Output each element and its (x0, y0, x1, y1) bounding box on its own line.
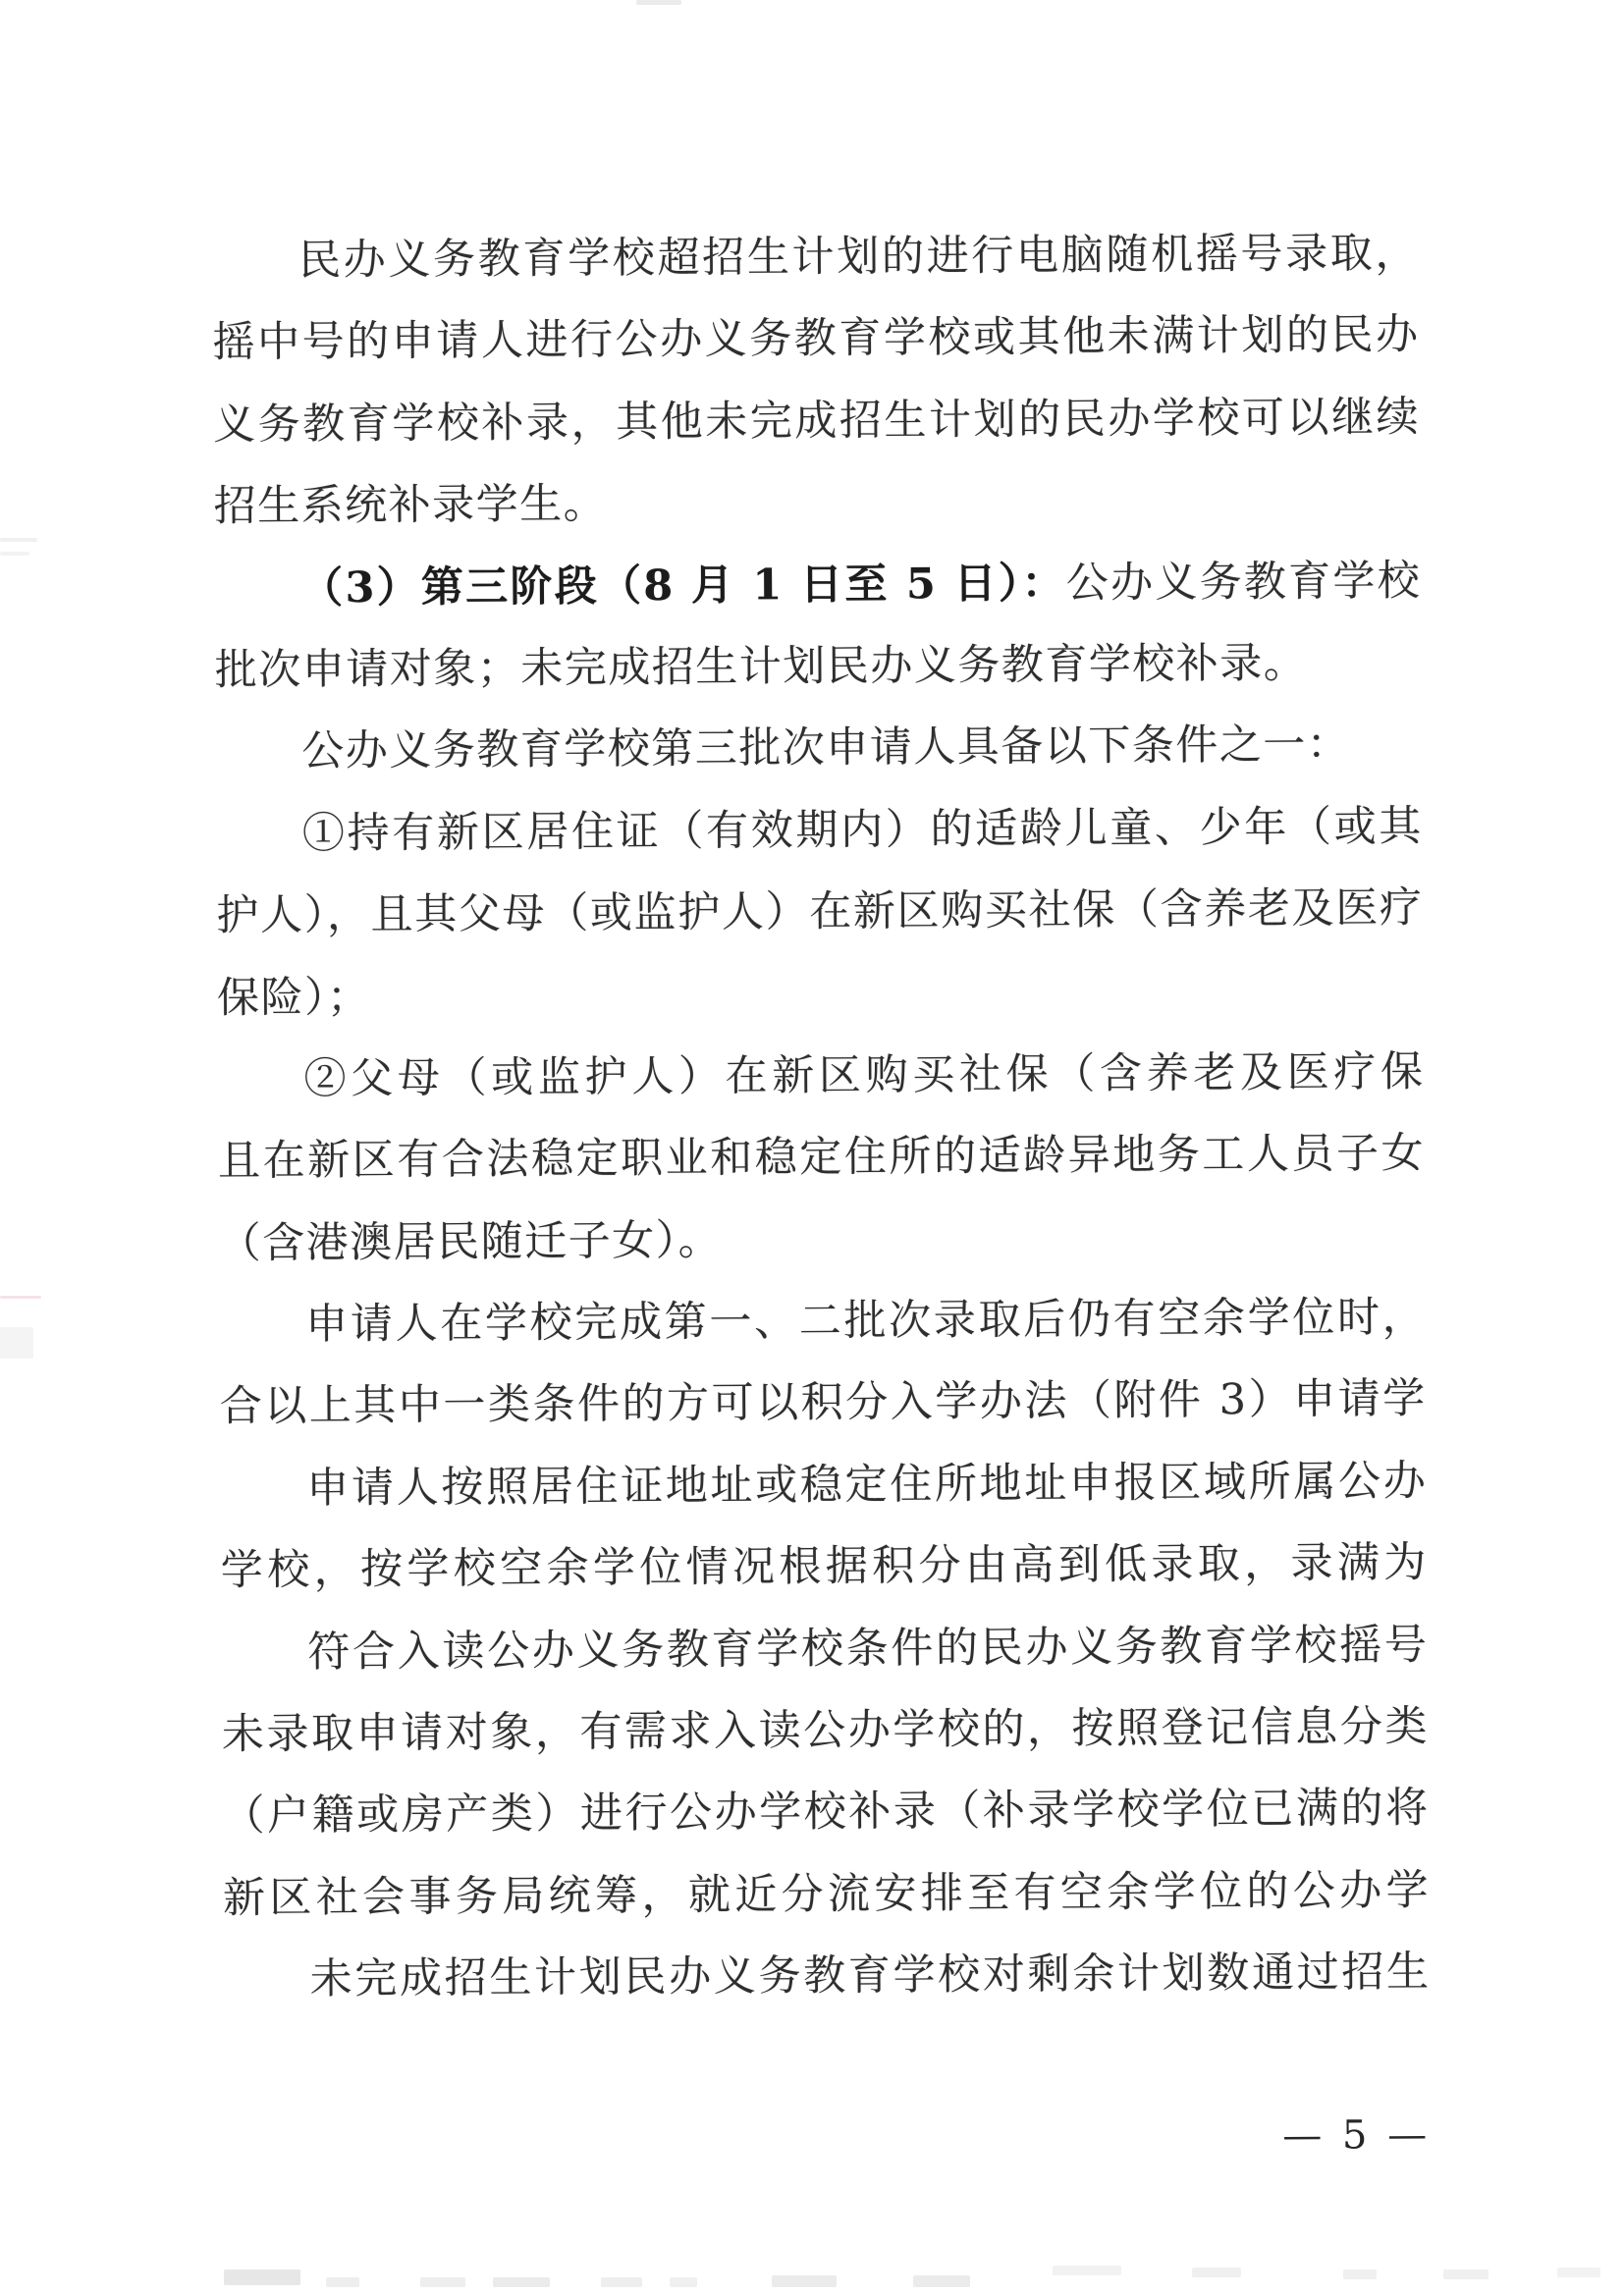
text-line: 符合入读公办义务教育学校条件的民办义务教育学校摇号 (221, 1604, 1429, 1694)
text-line: 批次申请对象；未完成招生计划民办义务教育学校补录。 (214, 622, 1422, 713)
text-line: 新区社会事务局统筹，就近分流安排至有空余学位的公办学校）。 (223, 1850, 1431, 1941)
body-text: 民办义务教育学校超招生计划的进行电脑随机摇号录取，未 摇中号的申请人进行公办义务… (212, 213, 1431, 2022)
text-line: 学校，按学校空余学位情况根据积分由高到低录取，录满为止。 (221, 1522, 1429, 1613)
scan-artifact (1557, 2268, 1600, 2277)
text-line: 招生系统补录学生。 (213, 458, 1421, 549)
scan-artifact (420, 2277, 465, 2287)
scan-artifact (326, 2277, 359, 2287)
page-number: — 5 — (1273, 2110, 1440, 2161)
scan-artifact (0, 538, 37, 542)
scan-artifact (1343, 2269, 1377, 2279)
scan-artifact (224, 2269, 300, 2285)
scan-artifact (0, 552, 29, 556)
text-line: 未完成招生计划民办义务教育学校对剩余计划数通过招生 (223, 1932, 1431, 2022)
scan-artifact (1192, 2268, 1241, 2277)
text-line: 申请人按照居住证地址或稳定住所地址申报区域所属公办 (220, 1441, 1428, 1531)
text-line: 申请人在学校完成第一、二批次录取后仍有空余学位时，符 (219, 1277, 1427, 1367)
scan-artifact (1053, 2266, 1121, 2275)
text-line: 摇中号的申请人进行公办义务教育学校或其他未满计划的民办 (212, 294, 1420, 385)
scan-artifact (670, 2277, 697, 2287)
stage-heading: （3）第三阶段（8 月 1 日至 5 日）： (300, 559, 1066, 613)
text-line: 公办义务教育学校第三批次申请人具备以下条件之一： (215, 704, 1423, 794)
scan-artifact (601, 2277, 642, 2287)
scan-artifact (913, 2275, 970, 2287)
text-line: 且在新区有合法稳定职业和稳定住所的适龄异地务工人员子女 (218, 1113, 1426, 1203)
document-page: 民办义务教育学校超招生计划的进行电脑随机摇号录取，未 摇中号的申请人进行公办义务… (0, 0, 1624, 2296)
text-line: 民办义务教育学校超招生计划的进行电脑随机摇号录取，未 (212, 213, 1420, 303)
scan-content: 民办义务教育学校超招生计划的进行电脑随机摇号录取，未 摇中号的申请人进行公办义务… (0, 0, 1624, 2296)
text-line: 未录取申请对象，有需求入读公办学校的，按照登记信息分类别 (222, 1686, 1430, 1777)
scan-artifact (0, 1296, 41, 1299)
scan-artifact (0, 1327, 33, 1359)
text-line: 护人），且其父母（或监护人）在新区购买社保（含养老及医疗 (216, 868, 1424, 958)
text-line: （含港澳居民随迁子女）。 (218, 1196, 1426, 1286)
text-line: 合以上其中一类条件的方可以积分入学办法（附件 3）申请学位。 (219, 1359, 1427, 1449)
scan-artifact (493, 2277, 550, 2287)
text-line: （户籍或房产类）进行公办学校补录（补录学校学位已满的将由 (222, 1768, 1430, 1858)
scan-artifact (772, 2275, 837, 2287)
text-line: 保险）； (217, 949, 1425, 1040)
scan-artifact (636, 0, 681, 5)
text-line: （3）第三阶段（8 月 1 日至 5 日）：公办义务教育学校第三 (214, 540, 1422, 630)
scan-artifact (1443, 2269, 1489, 2279)
text-line: 义务教育学校补录，其他未完成招生计划的民办学校可以继续在 (213, 377, 1421, 467)
text-line: ②父母（或监护人）在新区购买社保（含养老及医疗保险）， (217, 1032, 1425, 1122)
text-line: ①持有新区居住证（有效期内）的适龄儿童、少年（或其监 (216, 786, 1424, 877)
